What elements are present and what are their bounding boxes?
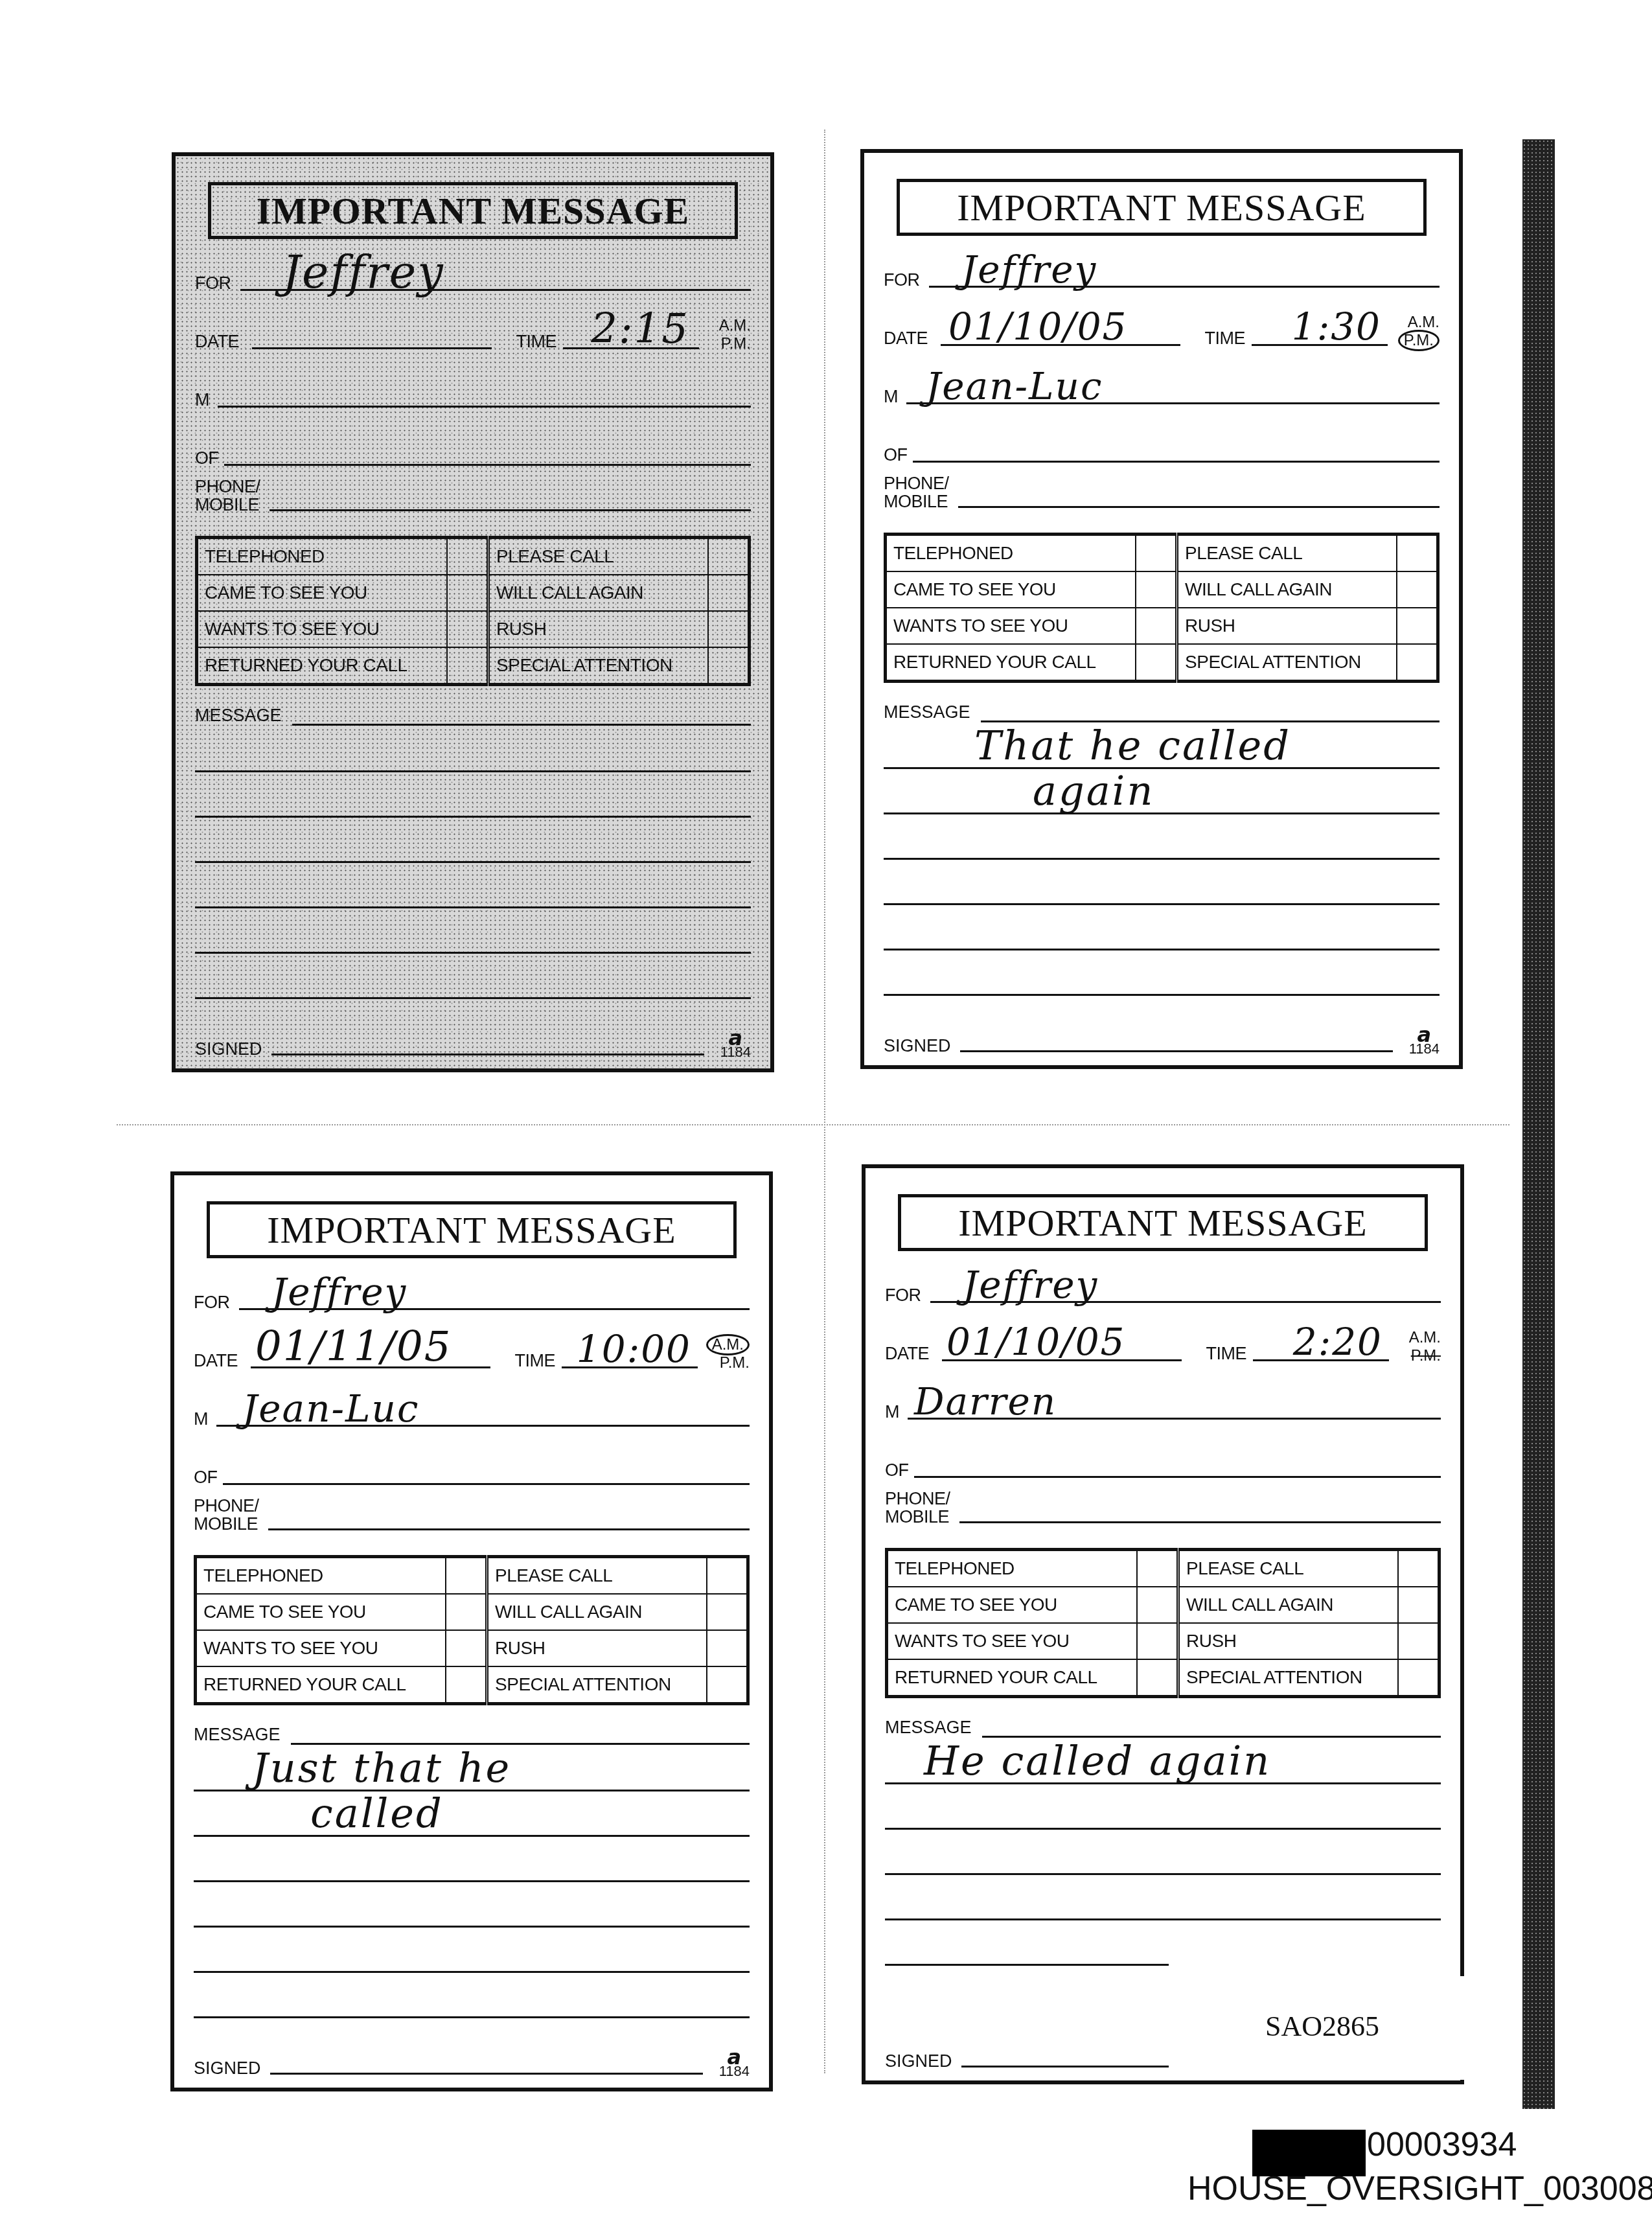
phone-label: PHONE/MOBILE bbox=[885, 1490, 950, 1526]
scan-shadow-edge bbox=[1522, 139, 1555, 2109]
option-label: RUSH bbox=[1178, 1623, 1398, 1659]
signed-line bbox=[961, 2066, 1169, 2068]
message-line bbox=[194, 1835, 750, 1837]
option-checkbox bbox=[1398, 1587, 1440, 1623]
for-row: FOR Jeffrey bbox=[884, 236, 1440, 294]
am-label: A.M. bbox=[719, 317, 751, 335]
option-label: RUSH bbox=[487, 1630, 707, 1666]
of-label: OF bbox=[885, 1460, 909, 1480]
message-line bbox=[195, 816, 751, 818]
am-label-circled: A.M. bbox=[706, 1334, 750, 1355]
phone-row: PHONE/MOBILE bbox=[194, 1492, 750, 1537]
time-value: 2:15 bbox=[591, 305, 689, 353]
for-label: FOR bbox=[885, 1285, 921, 1306]
option-label: CAME TO SEE YOU bbox=[887, 1587, 1138, 1623]
signed-line bbox=[271, 1054, 704, 1055]
option-label: TELEPHONED bbox=[196, 1557, 446, 1595]
message-line bbox=[194, 1880, 750, 1882]
of-label: OF bbox=[194, 1468, 218, 1488]
of-line bbox=[913, 461, 1440, 463]
am-pm-selector: A.M. P.M. bbox=[1409, 1329, 1441, 1365]
date-label: DATE bbox=[195, 332, 239, 352]
from-row: M Jean-Luc bbox=[884, 352, 1440, 411]
option-checkbox bbox=[1136, 644, 1177, 682]
message-line bbox=[194, 1926, 750, 1928]
option-checkbox bbox=[1397, 608, 1438, 644]
phone-line bbox=[270, 509, 751, 511]
option-label: SPECIAL ATTENTION bbox=[1178, 1659, 1398, 1697]
slip-title: IMPORTANT MESSAGE bbox=[897, 179, 1427, 236]
time-value: 1:30 bbox=[1292, 305, 1381, 349]
am-label: A.M. bbox=[1409, 1329, 1441, 1347]
options-grid: TELEPHONEDPLEASE CALL CAME TO SEE YOUWIL… bbox=[195, 536, 751, 686]
form-number: a1184 bbox=[720, 1031, 751, 1059]
time-value: 2:20 bbox=[1293, 1320, 1382, 1364]
of-line bbox=[223, 1483, 750, 1485]
from-row: M Darren bbox=[885, 1368, 1441, 1426]
message-line bbox=[194, 1971, 750, 1973]
options-grid: TELEPHONEDPLEASE CALL CAME TO SEE YOUWIL… bbox=[885, 1548, 1441, 1698]
signed-row: SIGNED a1184 bbox=[195, 1020, 751, 1059]
option-checkbox bbox=[447, 538, 488, 575]
phone-label: PHONE/MOBILE bbox=[195, 478, 260, 514]
option-checkbox bbox=[446, 1666, 487, 1704]
option-label: TELEPHONED bbox=[886, 535, 1136, 572]
pm-label-circled: P.M. bbox=[1398, 330, 1440, 351]
from-value: Darren bbox=[914, 1379, 1057, 1423]
message-text-line-1: He called again bbox=[924, 1737, 1271, 1784]
for-value: Jeffrey bbox=[963, 1263, 1098, 1307]
option-checkbox bbox=[1137, 1550, 1178, 1587]
option-label: WANTS TO SEE YOU bbox=[197, 611, 448, 647]
option-label: TELEPHONED bbox=[887, 1550, 1138, 1587]
date-time-row: DATE 01/10/05 TIME 2:20 A.M. P.M. bbox=[885, 1309, 1441, 1368]
option-label: WILL CALL AGAIN bbox=[1177, 571, 1397, 608]
message-line bbox=[195, 952, 751, 954]
for-label: FOR bbox=[194, 1293, 230, 1313]
message-line bbox=[194, 2016, 750, 2018]
signed-row: SIGNED a1184 bbox=[884, 1017, 1440, 1056]
message-line bbox=[884, 812, 1440, 814]
option-label: PLEASE CALL bbox=[1178, 1550, 1398, 1587]
message-text-line-2: called bbox=[310, 1790, 444, 1837]
option-checkbox bbox=[1397, 644, 1438, 682]
message-line bbox=[195, 770, 751, 772]
option-checkbox bbox=[1136, 608, 1177, 644]
phone-line bbox=[959, 1521, 1441, 1523]
option-checkbox bbox=[1136, 571, 1177, 608]
message-area: MESSAGE That he called again bbox=[884, 702, 1440, 1039]
option-checkbox bbox=[707, 1557, 748, 1595]
option-checkbox bbox=[707, 1630, 748, 1666]
option-label: WANTS TO SEE YOU bbox=[886, 608, 1136, 644]
from-line bbox=[218, 406, 751, 408]
pm-label: P.M. bbox=[719, 335, 751, 353]
option-checkbox bbox=[447, 611, 488, 647]
message-area: MESSAGE bbox=[195, 706, 751, 1042]
option-checkbox bbox=[1398, 1550, 1440, 1587]
option-label: PLEASE CALL bbox=[487, 1557, 707, 1595]
date-line bbox=[252, 347, 492, 349]
message-line bbox=[885, 1873, 1441, 1875]
message-line bbox=[195, 861, 751, 863]
message-line bbox=[884, 903, 1440, 905]
message-slip-2: IMPORTANT MESSAGE FOR Jeffrey DATE 01/10… bbox=[860, 149, 1463, 1069]
signed-line bbox=[270, 2073, 703, 2075]
time-label: TIME bbox=[515, 1351, 556, 1371]
date-time-row: DATE TIME 2:15 A.M. P.M. bbox=[195, 297, 751, 356]
time-value: 10:00 bbox=[577, 1327, 691, 1371]
from-row: M Jean-Luc bbox=[194, 1375, 750, 1433]
phone-row: PHONE/MOBILE bbox=[195, 472, 751, 518]
date-label: DATE bbox=[194, 1351, 238, 1371]
message-label: MESSAGE bbox=[195, 706, 282, 726]
date-label: DATE bbox=[884, 328, 928, 349]
option-label: SPECIAL ATTENTION bbox=[487, 1666, 707, 1704]
phone-line bbox=[268, 1528, 750, 1530]
from-label: M bbox=[885, 1402, 899, 1422]
signed-label: SIGNED bbox=[195, 1039, 262, 1059]
phone-label: PHONE/MOBILE bbox=[194, 1497, 259, 1533]
option-checkbox bbox=[707, 1594, 748, 1630]
option-checkbox bbox=[708, 611, 750, 647]
option-label: CAME TO SEE YOU bbox=[197, 575, 448, 611]
message-area: MESSAGE Just that he called bbox=[194, 1725, 750, 2062]
option-checkbox bbox=[1398, 1623, 1440, 1659]
option-label: WANTS TO SEE YOU bbox=[887, 1623, 1138, 1659]
for-value: Jeffrey bbox=[282, 246, 444, 299]
date-label: DATE bbox=[885, 1344, 929, 1364]
of-row: OF bbox=[195, 414, 751, 472]
sticker-label: SAO2865 bbox=[1265, 2010, 1379, 2043]
for-label: FOR bbox=[195, 273, 231, 294]
scan-cut-line bbox=[117, 1124, 1509, 1125]
of-row: OF bbox=[194, 1433, 750, 1492]
option-label: RETURNED YOUR CALL bbox=[886, 644, 1136, 682]
time-label: TIME bbox=[1205, 328, 1246, 349]
signed-line bbox=[960, 1050, 1393, 1052]
message-line bbox=[885, 1964, 1169, 1966]
phone-row: PHONE/MOBILE bbox=[885, 1484, 1441, 1530]
bates-number: HOUSE_OVERSIGHT_003008 bbox=[1187, 2169, 1652, 2208]
option-checkbox bbox=[708, 575, 750, 611]
control-number: 00003934 bbox=[1367, 2125, 1517, 2164]
date-time-row: DATE 01/10/05 TIME 1:30 A.M. P.M. bbox=[884, 294, 1440, 352]
of-line bbox=[914, 1476, 1441, 1478]
am-pm-selector: A.M. P.M. bbox=[719, 317, 751, 353]
phone-label: PHONE/MOBILE bbox=[884, 474, 949, 511]
for-label: FOR bbox=[884, 270, 920, 290]
message-line bbox=[885, 1828, 1441, 1830]
option-label: CAME TO SEE YOU bbox=[886, 571, 1136, 608]
option-checkbox bbox=[1137, 1587, 1178, 1623]
option-checkbox bbox=[1137, 1659, 1178, 1697]
option-label: SPECIAL ATTENTION bbox=[488, 647, 708, 685]
form-number: a1184 bbox=[719, 2050, 750, 2079]
time-label: TIME bbox=[1206, 1344, 1247, 1364]
message-line bbox=[195, 906, 751, 908]
option-checkbox bbox=[1136, 535, 1177, 572]
option-label: SPECIAL ATTENTION bbox=[1177, 644, 1397, 682]
of-label: OF bbox=[884, 445, 908, 465]
message-slip-4: IMPORTANT MESSAGE FOR Jeffrey DATE 01/10… bbox=[862, 1164, 1464, 2084]
option-label: PLEASE CALL bbox=[1177, 535, 1397, 572]
pm-label: P.M. bbox=[706, 1354, 750, 1372]
option-label: TELEPHONED bbox=[197, 538, 448, 575]
option-label: CAME TO SEE YOU bbox=[196, 1594, 446, 1630]
message-text-line-2: again bbox=[1033, 767, 1154, 814]
option-label: RETURNED YOUR CALL bbox=[196, 1666, 446, 1704]
option-label: WILL CALL AGAIN bbox=[487, 1594, 707, 1630]
option-label: RUSH bbox=[488, 611, 708, 647]
signed-label: SIGNED bbox=[194, 2058, 261, 2079]
from-row: M bbox=[195, 356, 751, 414]
message-line bbox=[195, 997, 751, 999]
message-text-line-1: That he called bbox=[974, 722, 1291, 769]
of-row: OF bbox=[885, 1426, 1441, 1484]
am-pm-selector: A.M. P.M. bbox=[1398, 314, 1440, 350]
for-value: Jeffrey bbox=[961, 248, 1097, 292]
message-line bbox=[885, 1918, 1441, 1920]
for-value: Jeffrey bbox=[271, 1270, 407, 1314]
option-label: WANTS TO SEE YOU bbox=[196, 1630, 446, 1666]
from-label: M bbox=[884, 387, 898, 407]
date-value: 01/11/05 bbox=[255, 1323, 452, 1371]
from-label: M bbox=[194, 1409, 208, 1429]
date-time-row: DATE 01/11/05 TIME 10:00 A.M. P.M. bbox=[194, 1317, 750, 1375]
am-pm-selector: A.M. P.M. bbox=[706, 1336, 750, 1372]
option-label: WILL CALL AGAIN bbox=[1178, 1587, 1398, 1623]
option-label: RETURNED YOUR CALL bbox=[887, 1659, 1138, 1697]
date-value: 01/10/05 bbox=[948, 305, 1128, 349]
option-checkbox bbox=[447, 647, 488, 685]
option-label: RETURNED YOUR CALL bbox=[197, 647, 448, 685]
brand-logo-icon: a bbox=[720, 1031, 751, 1045]
of-label: OF bbox=[195, 448, 219, 468]
signed-label: SIGNED bbox=[884, 1036, 951, 1056]
phone-row: PHONE/MOBILE bbox=[884, 469, 1440, 514]
signed-row: SIGNED a1184 bbox=[194, 2040, 750, 2079]
message-line bbox=[884, 858, 1440, 860]
option-checkbox bbox=[446, 1630, 487, 1666]
option-checkbox bbox=[1397, 535, 1438, 572]
brand-logo-icon: a bbox=[719, 2050, 750, 2064]
signed-label: SIGNED bbox=[885, 2051, 952, 2071]
option-checkbox bbox=[1397, 571, 1438, 608]
message-line bbox=[884, 994, 1440, 996]
time-label: TIME bbox=[516, 332, 557, 352]
for-row: FOR Jeffrey bbox=[885, 1251, 1441, 1309]
message-text-line-1: Just that he bbox=[252, 1744, 511, 1791]
message-slip-1: IMPORTANT MESSAGE FOR Jeffrey DATE TIME … bbox=[172, 152, 774, 1072]
option-checkbox bbox=[1137, 1623, 1178, 1659]
pm-label-marked: P.M. bbox=[1411, 1347, 1441, 1365]
of-line bbox=[224, 464, 751, 466]
options-grid: TELEPHONEDPLEASE CALL CAME TO SEE YOUWIL… bbox=[194, 1555, 750, 1705]
option-checkbox bbox=[708, 647, 750, 685]
options-grid: TELEPHONEDPLEASE CALL CAME TO SEE YOUWIL… bbox=[884, 533, 1440, 683]
message-slip-3: IMPORTANT MESSAGE FOR Jeffrey DATE 01/11… bbox=[170, 1171, 773, 2091]
am-label: A.M. bbox=[1398, 314, 1440, 332]
of-row: OF bbox=[884, 411, 1440, 469]
for-row: FOR Jeffrey bbox=[194, 1258, 750, 1317]
option-checkbox bbox=[707, 1666, 748, 1704]
option-label: PLEASE CALL bbox=[488, 538, 708, 575]
slip-title: IMPORTANT MESSAGE bbox=[207, 1201, 737, 1258]
slip-title: IMPORTANT MESSAGE bbox=[898, 1194, 1428, 1251]
date-value: 01/10/05 bbox=[946, 1320, 1126, 1364]
from-value: Jean-Luc bbox=[926, 364, 1103, 408]
message-line bbox=[292, 724, 751, 726]
message-line bbox=[884, 949, 1440, 950]
slip-title: IMPORTANT MESSAGE bbox=[208, 182, 738, 239]
option-label: WILL CALL AGAIN bbox=[488, 575, 708, 611]
option-checkbox bbox=[446, 1557, 487, 1595]
option-label: RUSH bbox=[1177, 608, 1397, 644]
from-label: M bbox=[195, 390, 209, 410]
option-checkbox bbox=[708, 538, 750, 575]
message-label: MESSAGE bbox=[194, 1725, 281, 1745]
scan-cut-line bbox=[824, 130, 825, 2073]
phone-line bbox=[958, 506, 1440, 508]
for-row: FOR Jeffrey bbox=[195, 239, 751, 297]
brand-logo-icon: a bbox=[1409, 1028, 1440, 1042]
option-checkbox bbox=[446, 1594, 487, 1630]
message-label: MESSAGE bbox=[884, 702, 970, 722]
from-value: Jean-Luc bbox=[242, 1387, 419, 1431]
option-checkbox bbox=[1398, 1659, 1440, 1697]
message-label: MESSAGE bbox=[885, 1718, 972, 1738]
form-number: a1184 bbox=[1409, 1028, 1440, 1056]
option-checkbox bbox=[447, 575, 488, 611]
